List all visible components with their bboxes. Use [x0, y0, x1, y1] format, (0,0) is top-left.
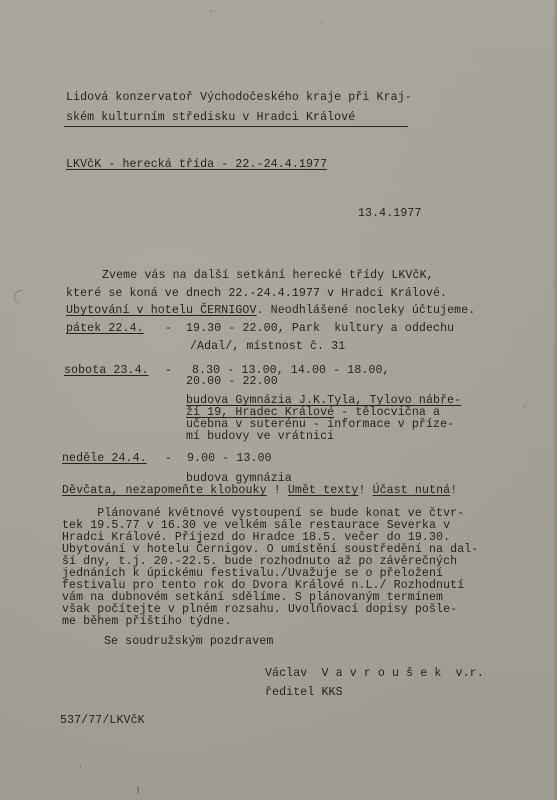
- schedule-place-friday: /Adal/, místnost č. 31: [190, 340, 345, 353]
- paper-speck: [320, 22, 322, 23]
- signature-name: Václav V a v r o u š e k v.r.: [265, 667, 484, 680]
- accommodation-hotel: Ubytování v hotelu ČERNIGOV: [66, 304, 257, 317]
- letter-date: 13.4.1977: [358, 207, 422, 220]
- paper-speck: [80, 765, 81, 769]
- scanned-letter-page: Lidová konzervatoř Východočeského kraje …: [0, 0, 557, 800]
- schedule-dash: -: [165, 452, 172, 465]
- reference-number: 537/77/LKVčK: [60, 714, 145, 727]
- reminder-separator: !: [358, 484, 372, 497]
- paper-edge: [553, 0, 557, 800]
- reminders-line: Děvčata, nezapomeňte klobouky ! Umět tex…: [62, 484, 457, 497]
- accommodation-line: Ubytování v hotelu ČERNIGOV. Neodhlášené…: [66, 304, 475, 317]
- paper-speck: [210, 10, 212, 12]
- subject-line: LKVčK - herecká třída - 22.-24.4.1977: [66, 158, 327, 171]
- schedule-place-saturday-4: mí budovy ve vrátnici: [186, 430, 334, 443]
- schedule-times-saturday-evening: 20.00 - 22.00: [186, 375, 278, 388]
- reminder-texts: Umět texty: [288, 484, 359, 497]
- accommodation-note: . Neodhlášené nocleky účtujeme.: [257, 304, 476, 317]
- reminder-attendance: Účast nutná: [373, 484, 451, 497]
- schedule-day-friday: pátek 22.4.: [66, 322, 144, 335]
- letterhead-line-2: ském kulturním středisku v Hradci Králov…: [66, 111, 355, 124]
- signature-title: ředitel KKS: [265, 686, 343, 699]
- letterhead-line-1: Lidová konzervatoř Východočeského kraje …: [66, 91, 412, 104]
- schedule-day-sunday: neděle 24.4.: [62, 452, 147, 465]
- schedule-dash: -: [165, 322, 172, 335]
- intro-line-1: Zveme vás na další setkání herecké třídy…: [102, 269, 434, 282]
- schedule-dash: -: [165, 364, 172, 377]
- schedule-day-saturday: sobota 23.4.: [64, 364, 149, 377]
- paragraph-line: me během příštího týdne.: [62, 615, 231, 628]
- paper-speck: [137, 786, 139, 794]
- punch-mark-icon: [11, 287, 30, 306]
- intro-line-2: které se koná ve dnech 22.-24.4.1977 v H…: [66, 287, 447, 300]
- reminder-hats: Děvčata, nezapomeňte klobouky: [62, 484, 267, 497]
- schedule-times-friday: 19.30 - 22.00, Park kultury a oddechu: [186, 322, 454, 335]
- letterhead-rule: [64, 126, 408, 127]
- reminder-separator: !: [267, 484, 288, 497]
- paper-speck: [523, 405, 527, 408]
- schedule-times-sunday: 9.00 - 13.00: [187, 452, 272, 465]
- reminder-end: !: [450, 484, 457, 497]
- closing-salutation: Se soudružským pozdravem: [104, 635, 273, 648]
